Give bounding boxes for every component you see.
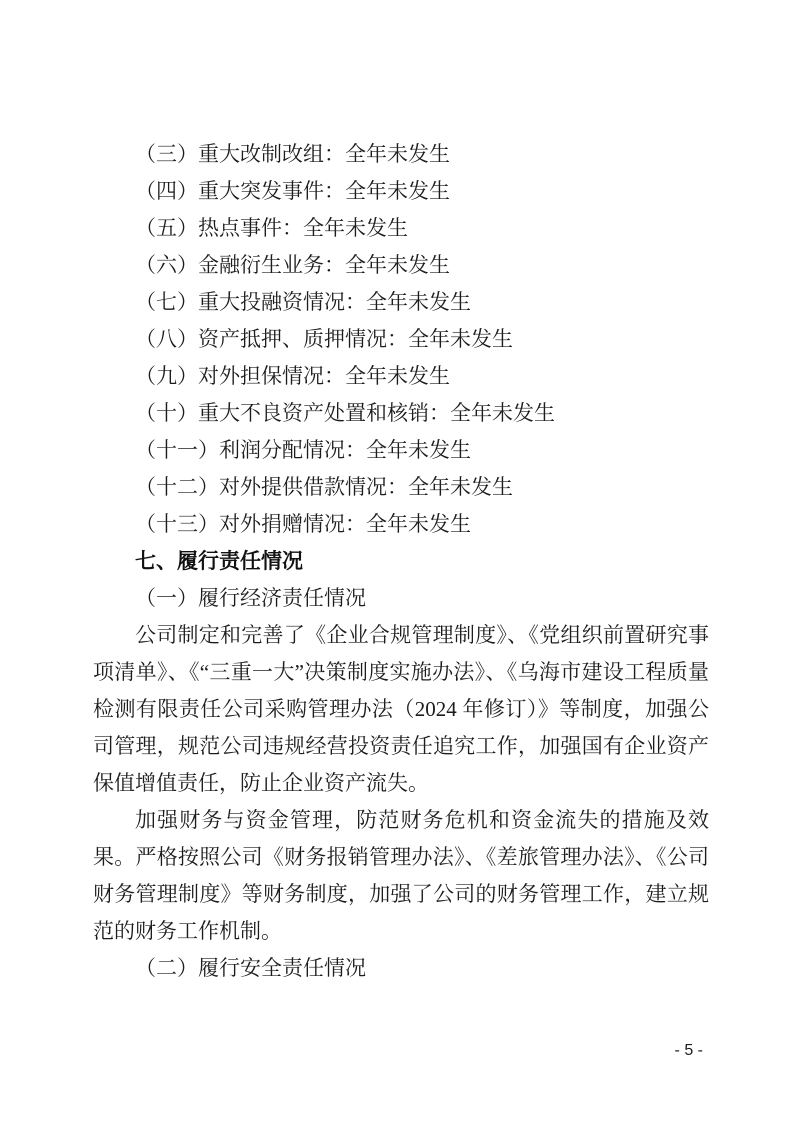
section-heading: 七、履行责任情况 (93, 543, 709, 580)
document-body: （三）重大改制改组：全年未发生 （四）重大突发事件：全年未发生 （五）热点事件：… (93, 136, 709, 987)
list-item-8: （八）资产抵押、质押情况：全年未发生 (93, 321, 709, 358)
subsection-heading-2: （二）履行安全责任情况 (93, 950, 709, 987)
list-item-3: （三）重大改制改组：全年未发生 (93, 136, 709, 173)
list-item-4: （四）重大突发事件：全年未发生 (93, 173, 709, 210)
list-item-7: （七）重大投融资情况：全年未发生 (93, 284, 709, 321)
list-item-9: （九）对外担保情况：全年未发生 (93, 358, 709, 395)
list-item-12: （十二）对外提供借款情况：全年未发生 (93, 469, 709, 506)
page-number: - 5 - (675, 1040, 703, 1062)
list-item-5: （五）热点事件：全年未发生 (93, 210, 709, 247)
paragraph-finance-management: 加强财务与资金管理，防范财务危机和资金流失的措施及效果。严格按照公司《财务报销管… (93, 802, 709, 950)
paragraph-economic-responsibility: 公司制定和完善了《企业合规管理制度》、《党组织前置研究事项清单》、《“三重一大”… (93, 617, 709, 802)
list-item-11: （十一）利润分配情况：全年未发生 (93, 432, 709, 469)
document-page: （三）重大改制改组：全年未发生 （四）重大突发事件：全年未发生 （五）热点事件：… (0, 0, 793, 1122)
list-item-6: （六）金融衍生业务：全年未发生 (93, 247, 709, 284)
list-item-10: （十）重大不良资产处置和核销：全年未发生 (93, 395, 709, 432)
subsection-heading-1: （一）履行经济责任情况 (93, 580, 709, 617)
list-item-13: （十三）对外捐赠情况：全年未发生 (93, 506, 709, 543)
